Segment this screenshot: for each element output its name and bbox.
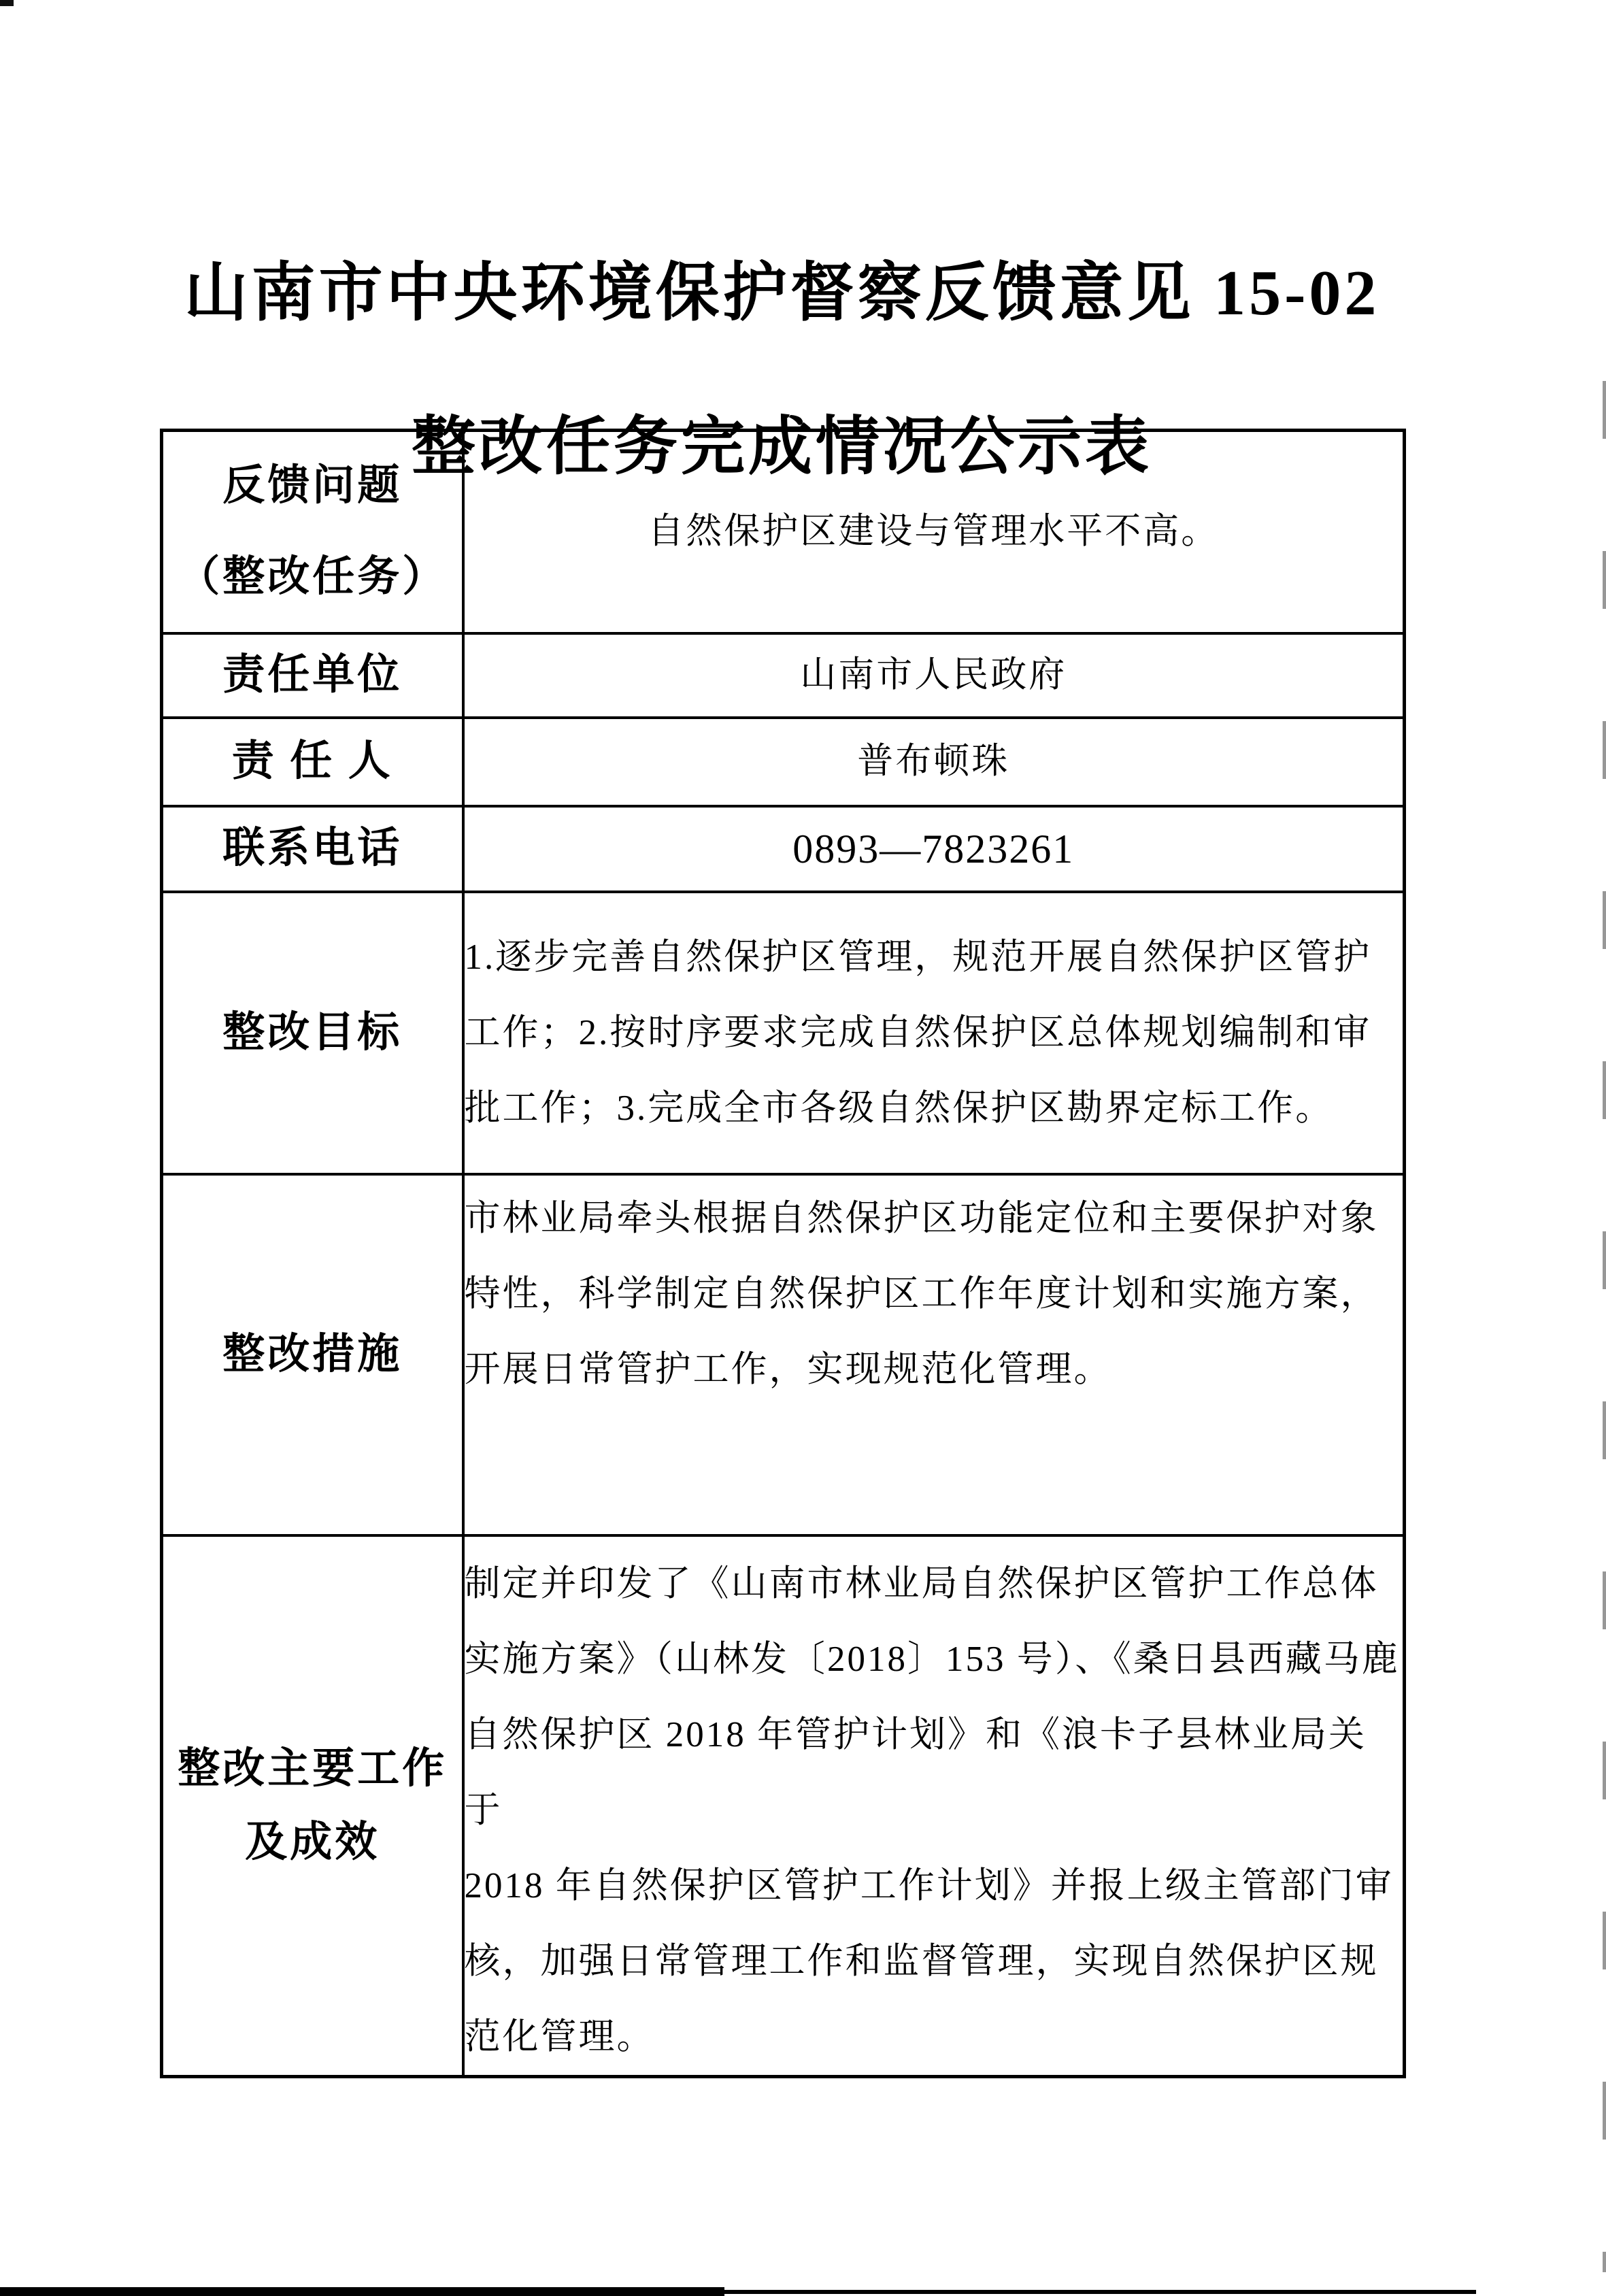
scanned-document-page: 山南市中央环境保护督察反馈意见 15-02 整改任务完成情况公示表 反馈问题 （… bbox=[0, 0, 1606, 2296]
row-label-feedback-problem: 反馈问题 （整改任务） bbox=[162, 431, 463, 633]
row-value-responsible-unit: 山南市人民政府 bbox=[463, 633, 1405, 718]
table-row-feedback-problem: 反馈问题 （整改任务） 自然保护区建设与管理水平不高。 bbox=[162, 431, 1405, 633]
table-row-main-work-results: 整改主要工作 及成效 制定并印发了《山南市林业局自然保护区管护工作总体 实施方案… bbox=[162, 1535, 1405, 2077]
scan-edge-marks bbox=[1603, 381, 1606, 2272]
row-value-feedback-problem: 自然保护区建设与管理水平不高。 bbox=[463, 431, 1405, 633]
row-label-rectification-measures: 整改措施 bbox=[162, 1174, 463, 1535]
row-value-main-work-results: 制定并印发了《山南市林业局自然保护区管护工作总体 实施方案》（山林发〔2018〕… bbox=[463, 1535, 1405, 2077]
row-value-responsible-person: 普布顿珠 bbox=[463, 718, 1405, 806]
scan-bottom-bar bbox=[0, 2287, 724, 2296]
table-row-rectification-measures: 整改措施 市林业局牵头根据自然保护区功能定位和主要保护对象 特性，科学制定自然保… bbox=[162, 1174, 1405, 1535]
row-value-rectification-goal: 1.逐步完善自然保护区管理，规范开展自然保护区管护 工作；2.按时序要求完成自然… bbox=[463, 892, 1405, 1174]
row-label-responsible-person: 责 任 人 bbox=[162, 718, 463, 806]
row-label-contact-phone: 联系电话 bbox=[162, 806, 463, 892]
table-row-rectification-goal: 整改目标 1.逐步完善自然保护区管理，规范开展自然保护区管护 工作；2.按时序要… bbox=[162, 892, 1405, 1174]
scan-bottom-bar-thin bbox=[724, 2290, 1476, 2294]
row-label-responsible-unit: 责任单位 bbox=[162, 633, 463, 718]
row-label-rectification-goal: 整改目标 bbox=[162, 892, 463, 1174]
document-title-line1: 山南市中央环境保护督察反馈意见 15-02 bbox=[161, 255, 1403, 332]
row-value-rectification-measures: 市林业局牵头根据自然保护区功能定位和主要保护对象 特性，科学制定自然保护区工作年… bbox=[463, 1174, 1405, 1535]
table-row-responsible-unit: 责任单位 山南市人民政府 bbox=[162, 633, 1405, 718]
scan-speck bbox=[0, 0, 14, 6]
table-row-contact-phone: 联系电话 0893—7823261 bbox=[162, 806, 1405, 892]
row-label-main-work-results: 整改主要工作 及成效 bbox=[162, 1535, 463, 2077]
table-row-responsible-person: 责 任 人 普布顿珠 bbox=[162, 718, 1405, 806]
row-value-contact-phone: 0893—7823261 bbox=[463, 806, 1405, 892]
public-notice-table: 反馈问题 （整改任务） 自然保护区建设与管理水平不高。 责任单位 山南市人民政府… bbox=[160, 429, 1406, 2078]
